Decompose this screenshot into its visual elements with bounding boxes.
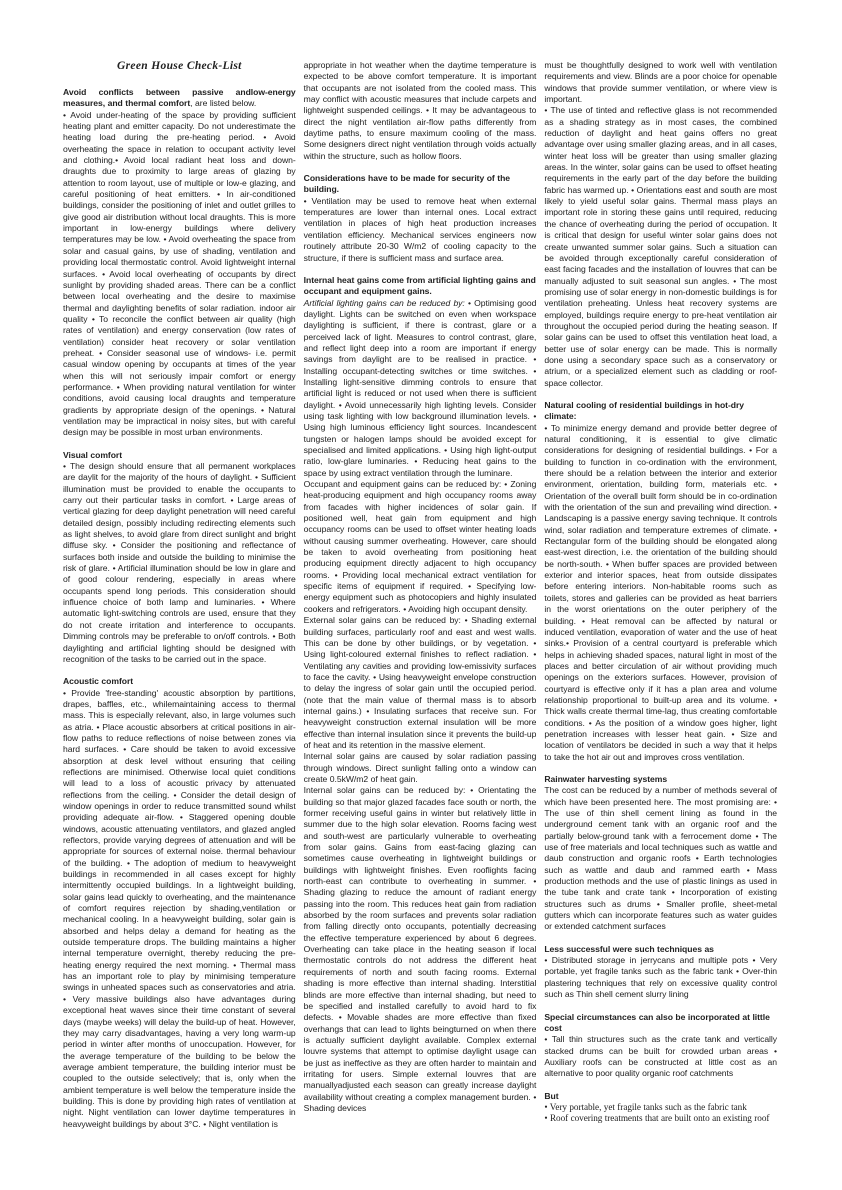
paragraph: • Roof covering treatments that are buil… [544, 1113, 777, 1124]
paragraph: Internal solar gains are caused by solar… [304, 751, 537, 785]
section-heading: Rainwater harvesting systems [544, 774, 777, 785]
paragraph: The cost can be reduced by a number of m… [544, 785, 777, 932]
section-heading: Visual comfort [63, 450, 296, 461]
document-page: Green House Check-List Avoid conflicts b… [0, 0, 842, 1190]
paragraph: Avoid conflicts between passive andlow-e… [63, 87, 296, 110]
paragraph: must be thoughtfully designed to work we… [544, 60, 777, 105]
italic-lead: Artificial lighting gains can be reduced… [304, 298, 465, 308]
bold-lead: Avoid conflicts between passive andlow-e… [63, 87, 296, 108]
column-left: Green House Check-List Avoid conflicts b… [63, 60, 296, 1130]
section-heading: Natural cooling of residential buildings… [544, 400, 777, 423]
section-heading: Special circumstances can also be incorp… [544, 1012, 777, 1035]
section-heading: Internal heat gains come from artificial… [304, 275, 537, 298]
column-right: must be thoughtfully designed to work we… [544, 60, 777, 1130]
paragraph: Internal solar gains can be reduced by: … [304, 785, 537, 1114]
section-heading: Considerations have to be made for secur… [304, 173, 537, 196]
page-title: Green House Check-List [63, 60, 296, 73]
paragraph: • Very portable, yet fragile tanks such … [544, 1102, 777, 1113]
paragraph: • Avoid under-heating of the space by pr… [63, 110, 296, 439]
paragraph: • Ventilation may be used to remove heat… [304, 196, 537, 264]
paragraph: • The use of tinted and reflective glass… [544, 105, 777, 389]
paragraph: • Provide 'free-standing' acoustic absor… [63, 688, 296, 1130]
section-heading: Acoustic comfort [63, 676, 296, 687]
paragraph: External solar gains can be reduced by: … [304, 615, 537, 751]
paragraph: appropriate in hot weather when the dayt… [304, 60, 537, 162]
section-heading: But [544, 1091, 777, 1102]
text-columns: Green House Check-List Avoid conflicts b… [63, 60, 777, 1130]
paragraph: Artificial lighting gains can be reduced… [304, 298, 537, 480]
column-middle: appropriate in hot weather when the dayt… [304, 60, 537, 1130]
paragraph: • To minimize energy demand and provide … [544, 423, 777, 763]
paragraph: • Distributed storage in jerrycans and m… [544, 955, 777, 1000]
paragraph: Occupant and equipment gains can be redu… [304, 479, 537, 615]
paragraph: • The design should ensure that all perm… [63, 461, 296, 665]
paragraph: • Tall thin structures such as the crate… [544, 1034, 777, 1079]
section-heading: Less successful were such techniques as [544, 944, 777, 955]
